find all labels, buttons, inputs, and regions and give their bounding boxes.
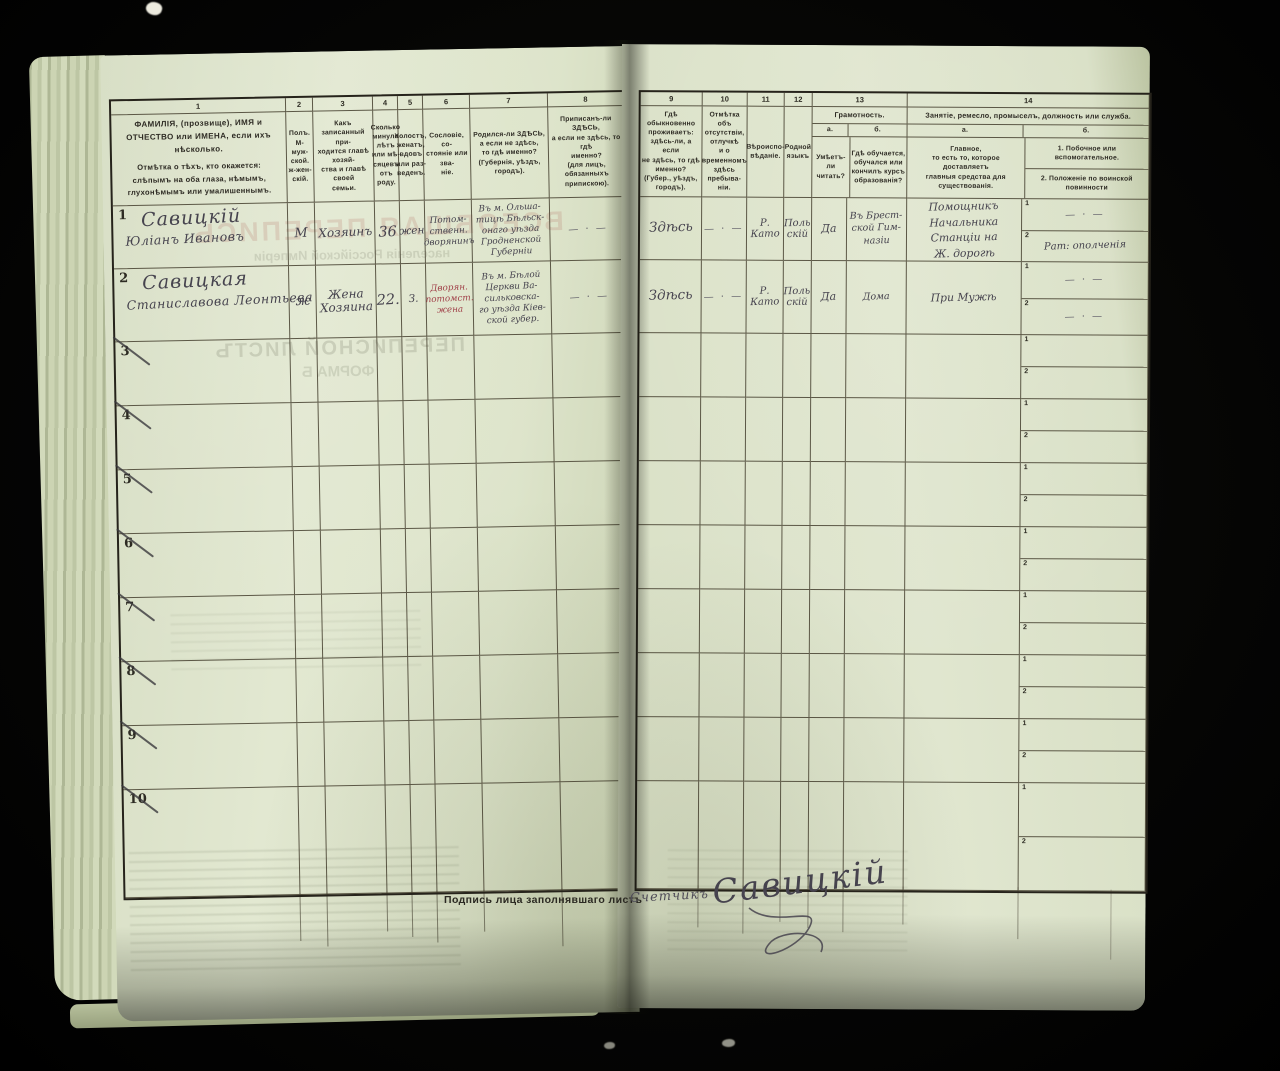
header-name-column: ФАМИЛІЯ, (прозвище), ИМЯ и ОТЧЕСТВО или … xyxy=(111,112,288,206)
row-1-education-cell: Въ Брест- ской Гим- назіи xyxy=(847,198,907,261)
table-line-tail xyxy=(436,891,438,943)
row-3-religion-cell xyxy=(746,334,783,398)
row-8-relation-cell xyxy=(323,657,384,722)
header-education: Гдѣ обучается, обучался или кончилъ курс… xyxy=(850,137,906,197)
header-relation-column: Какъ записанный при- ходится главѣ хозяй… xyxy=(313,111,375,203)
header-sex-column: Полъ. М-муж- ской. ж-жен- скій. xyxy=(286,112,315,203)
row-8-main-occupation-cell xyxy=(904,654,1019,719)
row-5-marital-status-cell xyxy=(405,465,431,529)
row-1-age-cell: 36 xyxy=(375,201,401,264)
census-table-right-page: Гдѣ обыкновенно проживаетъ: здѣсь-ли, а … xyxy=(635,90,1152,894)
row-number: 2 xyxy=(119,271,128,286)
row-10-marital-status-cell xyxy=(411,785,438,893)
row-9-education-cell xyxy=(844,718,904,782)
education-handwriting: Дома xyxy=(863,291,890,304)
side-1-handwriting: — · — xyxy=(1065,209,1105,221)
header-can-read: Умѣетъ- ли читать? xyxy=(812,137,850,197)
header-residence-column: Гдѣ обыкновенно проживаетъ: здѣсь-ли, а … xyxy=(640,106,702,197)
side-2-handwriting: — · — xyxy=(1065,311,1105,323)
marital-status-handwriting: жен xyxy=(400,225,426,238)
birthplace-handwriting: Въ м. Бѣлой Церкви Ва- сильковска- го уѣ… xyxy=(477,269,546,327)
row-9-age-cell xyxy=(384,721,410,785)
sub-index: 1 xyxy=(1023,656,1027,663)
row-8-religion-cell xyxy=(744,654,781,718)
row-9-religion-cell xyxy=(744,718,781,782)
row-1-absence-note-cell: — · — xyxy=(702,197,747,260)
side-occupation-1: 1 xyxy=(1020,655,1146,688)
side-occupation-1: 1 xyxy=(1021,335,1147,368)
relation-handwriting: Жена Хозяина xyxy=(319,286,373,315)
dust-speck xyxy=(722,1039,735,1047)
row-3-name-cell: 3 xyxy=(115,339,291,406)
row-6-estate-cell xyxy=(431,528,479,593)
row-4-birthplace-cell xyxy=(475,398,554,463)
row-4-absence-note-cell xyxy=(701,397,746,461)
given-name-handwriting: Юліанъ Ивановъ xyxy=(125,230,244,249)
side-occupation-1: 1 xyxy=(1019,783,1145,838)
sub-index: 1 xyxy=(1023,592,1027,599)
header-absence-column: Отмѣтка объ отсутствіи, отлучкѣ и о врем… xyxy=(702,106,747,197)
row-8-sex-cell xyxy=(296,659,324,723)
row-7-relation-cell xyxy=(322,593,383,658)
column-number-8: 8 xyxy=(548,92,624,107)
sub-index: 2 xyxy=(1023,688,1027,695)
row-9-marital-status-cell xyxy=(409,721,435,785)
column-number-3: 3 xyxy=(313,97,373,112)
main-occupation-handwriting: Помощникъ Начальника Станціи на Ж. дорог… xyxy=(928,198,999,262)
registration-handwriting: — · — xyxy=(568,222,608,235)
side-occupation-2: 2 xyxy=(1021,431,1147,463)
header-side-occupation: 1. Побочное или вспомогательное. 2. Поло… xyxy=(1025,138,1148,198)
sub-index: 1 xyxy=(1024,464,1028,471)
row-8-side-occupation-cell: 12 xyxy=(1019,655,1146,720)
paper-crease xyxy=(1110,890,1111,960)
row-3-education-cell xyxy=(846,334,906,398)
row-10-age-cell xyxy=(386,785,413,893)
column-number-12: 12 xyxy=(785,93,813,107)
row-9-birthplace-cell xyxy=(481,718,560,783)
occupation-sub-a-label: а. xyxy=(908,124,1024,137)
row-9-side-occupation-cell: 12 xyxy=(1019,719,1146,784)
row-4-age-cell xyxy=(378,401,404,465)
row-5-main-occupation-cell xyxy=(905,462,1020,527)
sub-index: 2 xyxy=(1025,300,1029,307)
sub-index: 2 xyxy=(1023,560,1027,567)
sub-index: 2 xyxy=(1024,368,1028,375)
row-7-native-language-cell xyxy=(782,590,810,654)
column-number-9: 9 xyxy=(641,92,703,106)
header-birthplace-column: Родился-ли ЗДѢСЬ, а если не здѣсь, то гд… xyxy=(470,107,550,199)
row-2-relation-cell: Жена Хозяина xyxy=(316,265,377,339)
row-9-estate-cell xyxy=(434,720,482,785)
row-3-main-occupation-cell xyxy=(906,334,1021,399)
header-marital-column: Холостъ, женатъ, вдовъ или раз- веденъ. xyxy=(398,110,425,201)
sub-index: 1 xyxy=(1022,784,1026,791)
column-number-4: 4 xyxy=(373,96,398,110)
row-3-marital-status-cell xyxy=(402,337,428,401)
row-6-absence-note-cell xyxy=(700,525,745,589)
birthplace-handwriting: Въ м. Ольша- тицѣ Бѣльск- онаго уѣзда Гр… xyxy=(475,201,546,259)
row-9-absence-note-cell xyxy=(699,717,744,781)
row-6-relation-cell xyxy=(321,530,382,595)
row-10-relation-cell xyxy=(326,785,388,894)
marital-status-handwriting: З. xyxy=(408,294,418,306)
age-handwriting: 22. xyxy=(377,292,401,309)
row-1-name-cell: 1СавицкійЮліанъ Ивановъ xyxy=(113,203,289,269)
side-occupation-2: 2 xyxy=(1019,751,1145,783)
row-1-estate-cell: Потом- ственн. дворянинъ xyxy=(425,200,473,264)
row-5-education-cell xyxy=(845,462,905,526)
row-5-can-read-cell xyxy=(810,462,845,526)
occupation-sub-b-label: б. xyxy=(1024,125,1149,138)
sub-index: 2 xyxy=(1023,624,1027,631)
side-1-handwriting: — · — xyxy=(1065,274,1105,286)
row-1-birthplace-cell: Въ м. Ольша- тицѣ Бѣльск- онаго уѣзда Гр… xyxy=(472,198,551,262)
row-1-marital-status-cell: жен xyxy=(400,201,426,264)
row-8-age-cell xyxy=(383,657,409,721)
row-1-main-occupation-cell: Помощникъ Начальника Станціи на Ж. дорог… xyxy=(907,198,1022,262)
age-handwriting: 36 xyxy=(378,224,397,241)
row-8-absence-note-cell xyxy=(699,653,744,717)
row-7-age-cell xyxy=(382,593,408,657)
row-5-absence-note-cell xyxy=(700,461,745,525)
row-4-side-occupation-cell: 12 xyxy=(1021,399,1148,464)
row-9-can-read-cell xyxy=(809,718,844,782)
row-6-main-occupation-cell xyxy=(905,526,1020,591)
row-5-religion-cell xyxy=(745,462,782,526)
row-9-residence-cell xyxy=(637,717,699,781)
sub-index: 2 xyxy=(1022,838,1026,845)
row-2-name-cell: 2СавицкаяСтаниславова Леонтьева xyxy=(114,266,290,342)
row-7-main-occupation-cell xyxy=(905,590,1020,655)
side-occupation-1: 1— · — xyxy=(1022,262,1148,299)
column-number-11: 11 xyxy=(748,93,785,107)
estate-handwriting: Потом- ственн. дворянинъ xyxy=(422,214,474,249)
row-6-marital-status-cell xyxy=(406,529,432,593)
native-language-handwriting: Поль скій xyxy=(784,285,811,308)
table-line-tail xyxy=(1017,887,1018,939)
row-10-side-occupation-cell: 12 xyxy=(1019,783,1147,892)
row-6-age-cell xyxy=(381,529,407,593)
sex-handwriting: М xyxy=(294,226,308,241)
row-10-name-cell: 10 xyxy=(124,787,301,898)
row-2-sex-cell: ж xyxy=(289,266,317,339)
row-8-education-cell xyxy=(844,654,904,718)
side-occupation-1: 1 xyxy=(1020,527,1146,560)
row-4-residence-cell xyxy=(639,397,701,461)
row-4-marital-status-cell xyxy=(403,401,429,465)
side-occupation-2: 2 xyxy=(1020,495,1146,527)
surname-handwriting: Савицкая xyxy=(142,268,249,294)
row-7-name-cell: 7 xyxy=(120,595,296,662)
row-4-name-cell: 4 xyxy=(117,403,293,470)
sub-index: 1 xyxy=(1022,720,1026,727)
header-estate-column: Сословіе, со- стояніе или зва- ніе. xyxy=(423,109,472,201)
row-2-estate-cell: Дворян. потомст. жена xyxy=(426,263,474,337)
side-occupation-2: 2Рат: ополченія xyxy=(1022,231,1148,262)
table-line-tail xyxy=(299,893,301,941)
header-main-occupation: Главное, то есть то, которое доставляетъ… xyxy=(907,138,1025,198)
row-6-native-language-cell xyxy=(782,526,810,590)
row-3-can-read-cell xyxy=(811,334,846,398)
row-10-main-occupation-cell xyxy=(904,782,1020,891)
row-5-relation-cell xyxy=(320,466,381,531)
row-3-age-cell xyxy=(377,337,403,401)
row-7-sex-cell xyxy=(295,595,323,659)
row-8-can-read-cell xyxy=(809,654,844,718)
column-number-14: 14 xyxy=(908,93,1150,108)
row-5-estate-cell xyxy=(430,464,478,529)
row-1-relation-cell: Хозяинъ xyxy=(315,202,376,266)
header-language-column: Родной языкъ xyxy=(784,107,812,198)
religion-handwriting: Р. Като xyxy=(747,217,783,240)
row-7-absence-note-cell xyxy=(700,589,745,653)
census-table-left-page: ФАМИЛІЯ, (прозвище), ИМЯ и ОТЧЕСТВО или … xyxy=(109,90,641,900)
row-3-estate-cell xyxy=(427,336,475,401)
header-col1-note: Отмѣтка о тѣхъ, кто окажется: слѣпымъ на… xyxy=(120,160,279,199)
side-occupation-1: 1 xyxy=(1021,399,1147,432)
sub-index: 2 xyxy=(1024,496,1028,503)
header-military-position: 2. Положеніе по воинской повинности xyxy=(1025,169,1148,199)
row-3-residence-cell xyxy=(639,333,701,397)
left-page: ВСЕОБЩАЯ ПЕРЕПИСЬ населенія Россійской И… xyxy=(100,46,640,1021)
row-3-registration-cell xyxy=(552,333,629,398)
row-1-religion-cell: Р. Като xyxy=(747,198,784,261)
row-1-sex-cell: М xyxy=(288,203,316,266)
row-6-name-cell: 6 xyxy=(119,531,295,598)
photo-of-census-document: ВСЕОБЩАЯ ПЕРЕПИСЬ населенія Россійской И… xyxy=(0,0,1280,1071)
column-number-13: 13 xyxy=(813,93,908,107)
side-2-handwriting: Рат: ополченія xyxy=(1044,239,1126,252)
row-1-native-language-cell: Поль скій xyxy=(784,198,812,261)
row-6-education-cell xyxy=(845,526,905,590)
row-6-residence-cell xyxy=(638,525,700,589)
row-3-sex-cell xyxy=(290,339,318,403)
row-7-residence-cell xyxy=(638,589,700,653)
row-6-side-occupation-cell: 12 xyxy=(1020,527,1147,592)
table-line-tail xyxy=(326,893,328,947)
row-8-name-cell: 8 xyxy=(121,659,297,726)
header-side-occupation-1: 1. Побочное или вспомогательное. xyxy=(1025,138,1148,169)
column-number-7: 7 xyxy=(470,93,548,108)
row-6-religion-cell xyxy=(745,526,782,590)
side-occupation-1: 1 xyxy=(1020,591,1146,624)
row-4-can-read-cell xyxy=(811,398,846,462)
literacy-sub-b-label: б. xyxy=(849,124,907,137)
surname-handwriting: Савицкій xyxy=(141,206,242,232)
row-6-can-read-cell xyxy=(810,526,845,590)
row-7-religion-cell xyxy=(745,590,782,654)
dust-speck xyxy=(144,0,163,17)
row-9-name-cell: 9 xyxy=(122,723,298,790)
column-number-10: 10 xyxy=(703,92,748,106)
row-7-estate-cell xyxy=(432,592,480,657)
row-3-relation-cell xyxy=(317,338,378,403)
row-2-marital-status-cell: З. xyxy=(401,264,427,337)
signature-label: Подпись лица заполнявшаго листъ xyxy=(444,894,642,906)
row-1-residence-cell: Здѣсь xyxy=(640,197,702,260)
row-2-side-occupation-cell: 1— · —2— · — xyxy=(1021,262,1148,336)
can-read-handwriting: Да xyxy=(821,291,837,304)
row-6-birthplace-cell xyxy=(478,526,557,591)
sub-index: 2 xyxy=(1022,752,1026,759)
table-line-tail xyxy=(411,891,413,937)
row-10-residence-cell xyxy=(637,781,700,889)
row-1-side-occupation-cell: 1— · —2Рат: ополченія xyxy=(1022,199,1149,263)
row-2-can-read-cell: Да xyxy=(811,261,846,334)
row-4-main-occupation-cell xyxy=(906,398,1021,463)
column-number-5: 5 xyxy=(398,96,423,110)
row-2-religion-cell: Р. Като xyxy=(746,261,783,334)
row-7-can-read-cell xyxy=(810,590,845,654)
sub-index: 1 xyxy=(1025,263,1029,270)
side-occupation-2: 2— · — xyxy=(1021,299,1147,335)
row-2-education-cell: Дома xyxy=(846,261,906,334)
row-9-sex-cell xyxy=(297,723,325,787)
row-2-age-cell: 22. xyxy=(376,264,402,337)
native-language-handwriting: Поль скій xyxy=(784,217,811,240)
row-3-birthplace-cell xyxy=(474,334,553,399)
row-8-native-language-cell xyxy=(781,654,809,718)
row-9-main-occupation-cell xyxy=(904,718,1019,783)
row-3-side-occupation-cell: 12 xyxy=(1021,335,1148,400)
row-7-education-cell xyxy=(845,590,905,654)
side-occupation-2: 2 xyxy=(1019,687,1145,719)
sub-index: 1 xyxy=(1023,528,1027,535)
column-number-2: 2 xyxy=(286,98,313,112)
sub-index: 1 xyxy=(1024,336,1028,343)
row-2-main-occupation-cell: При Мужѣ xyxy=(906,261,1021,335)
row-5-birthplace-cell xyxy=(477,462,556,527)
literacy-group-title: Грамотность. xyxy=(813,107,907,124)
residence-handwriting: Здѣсь xyxy=(648,220,692,236)
row-4-religion-cell xyxy=(746,398,783,462)
row-2-birthplace-cell: Въ м. Бѣлой Церкви Ва- сильковска- го уѣ… xyxy=(473,261,552,335)
row-1-can-read-cell: Да xyxy=(812,198,847,261)
row-2-native-language-cell: Поль скій xyxy=(783,261,811,334)
row-2-registration-cell: — · — xyxy=(551,260,628,334)
row-number: 1 xyxy=(118,208,127,223)
literacy-sub-a-label: а. xyxy=(813,124,849,137)
side-occupation-1: 1 xyxy=(1021,463,1147,496)
header-col1-title: ФАМИЛІЯ, (прозвище), ИМЯ и ОТЧЕСТВО или … xyxy=(119,116,278,157)
row-4-relation-cell xyxy=(318,402,379,467)
sub-index: 2 xyxy=(1025,232,1029,239)
header-religion-column: Вѣроиспо- вѣданіе. xyxy=(747,107,784,198)
row-3-absence-note-cell xyxy=(701,333,746,397)
row-8-estate-cell xyxy=(433,656,481,721)
row-7-side-occupation-cell: 12 xyxy=(1020,591,1147,656)
row-8-marital-status-cell xyxy=(408,657,434,721)
header-literacy-group: Грамотность. а. б. Умѣетъ- ли читать? Гд… xyxy=(812,107,907,198)
row-5-side-occupation-cell: 12 xyxy=(1020,463,1147,528)
row-5-age-cell xyxy=(380,465,406,529)
row-1-registration-cell: — · — xyxy=(550,197,627,261)
side-occupation-2: 2 xyxy=(1019,837,1145,891)
row-7-marital-status-cell xyxy=(407,593,433,657)
row-8-residence-cell xyxy=(637,653,699,717)
sex-handwriting: ж xyxy=(295,294,310,309)
row-2-absence-note-cell: — · — xyxy=(701,260,746,333)
row-5-sex-cell xyxy=(293,467,321,531)
education-handwriting: Въ Брест- ской Гим- назіи xyxy=(850,210,903,248)
sub-index: 1 xyxy=(1024,400,1028,407)
absence-note-handwriting: — · — xyxy=(704,290,744,302)
row-5-name-cell: 5 xyxy=(118,467,294,534)
side-occupation-2: 2 xyxy=(1021,367,1147,399)
main-occupation-handwriting: При Мужѣ xyxy=(931,289,997,306)
side-occupation-1: 1— · — xyxy=(1022,199,1148,231)
row-4-sex-cell xyxy=(291,403,319,467)
row-10-sex-cell xyxy=(299,787,328,895)
absence-note-handwriting: — · — xyxy=(704,222,744,234)
row-4-education-cell xyxy=(846,398,906,462)
side-occupation-1: 1 xyxy=(1019,719,1145,752)
row-4-estate-cell xyxy=(428,400,476,465)
row-5-residence-cell xyxy=(638,461,700,525)
row-5-native-language-cell xyxy=(782,462,810,526)
registration-handwriting: — · — xyxy=(569,290,609,303)
row-9-relation-cell xyxy=(324,721,385,786)
row-10-estate-cell xyxy=(436,784,485,893)
header-registration-column: Приписанъ-ли ЗДѢСЬ, а если не здѣсь, то … xyxy=(548,106,626,198)
row-6-sex-cell xyxy=(294,531,322,595)
row-3-native-language-cell xyxy=(783,334,811,398)
row-10-birthplace-cell xyxy=(482,782,562,891)
row-2-residence-cell: Здѣсь xyxy=(639,260,701,333)
row-9-native-language-cell xyxy=(781,718,809,782)
religion-handwriting: Р. Като xyxy=(746,285,782,308)
residence-handwriting: Здѣсь xyxy=(648,288,692,304)
sub-index: 2 xyxy=(1024,432,1028,439)
occupation-group-title: Занятіе, ремесло, промыселъ, должность и… xyxy=(908,107,1149,125)
row-8-birthplace-cell xyxy=(480,654,559,719)
dust-speck xyxy=(604,1042,615,1049)
row-4-native-language-cell xyxy=(783,398,811,462)
sub-index: 1 xyxy=(1025,200,1029,207)
header-occupation-group: Занятіе, ремесло, промыселъ, должность и… xyxy=(907,107,1149,199)
estate-handwriting: Дворян. потомст. жена xyxy=(425,282,474,317)
row-7-birthplace-cell xyxy=(479,590,558,655)
side-occupation-2: 2 xyxy=(1020,559,1146,591)
relation-handwriting: Хозяинъ xyxy=(318,225,372,241)
side-occupation-2: 2 xyxy=(1020,623,1146,655)
table-line-tail xyxy=(386,891,388,931)
can-read-handwriting: Да xyxy=(821,223,837,236)
column-number-6: 6 xyxy=(423,95,470,110)
